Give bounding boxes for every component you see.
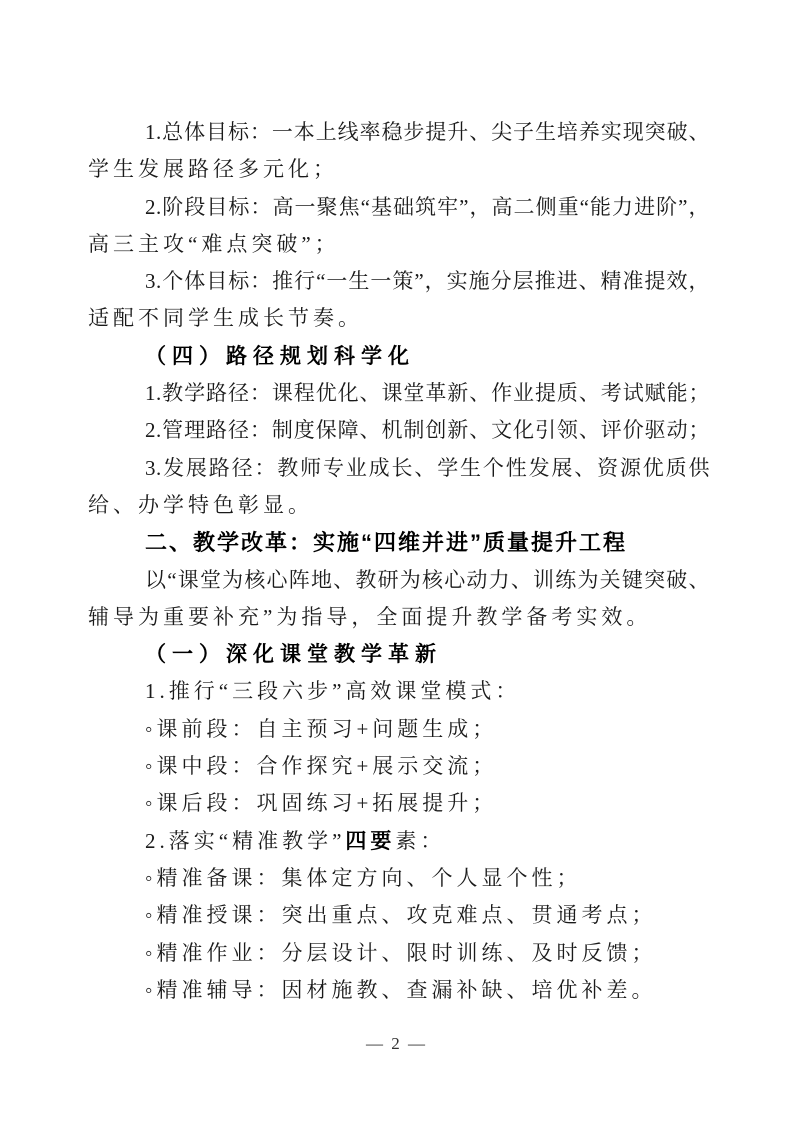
paragraph-line: 1.总体目标：一本上线率稳步提升、尖子生培养实现突破、 [88, 114, 710, 151]
list-item-line: ◦精准作业：分层设计、限时训练、及时反馈； [88, 935, 710, 972]
paragraph-line: 1.推行“三段六步”高效课堂模式： [88, 673, 710, 710]
paragraph-line: 辅导为重要补充”为指导，全面提升教学备考实效。 [88, 599, 710, 636]
paragraph-line: 2.管理路径：制度保障、机制创新、文化引领、评价驱动； [88, 412, 710, 449]
paragraph-line: 给、办学特色彰显。 [88, 487, 710, 524]
paragraph-line: 适配不同学生成长节奏。 [88, 300, 710, 337]
list-item-line: ◦精准授课：突出重点、攻克难点、贯通考点； [88, 897, 710, 934]
emphasized-text: 四要 [345, 830, 395, 853]
paragraph-line: 3.个体目标：推行“一生一策”，实施分层推进、精准提效， [88, 263, 710, 300]
paragraph-text: 素： [395, 829, 445, 853]
subsection-heading: （四）路径规划科学化 [88, 338, 710, 375]
section-heading: 二、教学改革：实施“四维并进”质量提升工程 [88, 524, 710, 561]
page-number: — 2 — [0, 1034, 793, 1054]
paragraph-line: 2.阶段目标：高一聚焦“基础筑牢”，高二侧重“能力进阶”， [88, 189, 710, 226]
list-item-line: ◦课前段：自主预习+问题生成； [88, 711, 710, 748]
subsection-heading: （一）深化课堂教学革新 [88, 636, 710, 673]
list-item-line: ◦课后段：巩固练习+拓展提升； [88, 785, 710, 822]
paragraph-text: 2.落实“精准教学” [145, 829, 345, 853]
paragraph-line: 以“课堂为核心阵地、教研为核心动力、训练为关键突破、 [88, 562, 710, 599]
paragraph-line: 2.落实“精准教学”四要素： [88, 823, 710, 860]
paragraph-line: 1.教学路径：课程优化、课堂革新、作业提质、考试赋能； [88, 375, 710, 412]
list-item-line: ◦精准辅导：因材施教、查漏补缺、培优补差。 [88, 972, 710, 1009]
paragraph-line: 3.发展路径：教师专业成长、学生个性发展、资源优质供 [88, 450, 710, 487]
paragraph-line: 高三主攻“难点突破”； [88, 226, 710, 263]
paragraph-line: 学生发展路径多元化； [88, 151, 710, 188]
list-item-line: ◦精准备课：集体定方向、个人显个性； [88, 860, 710, 897]
document-body: 1.总体目标：一本上线率稳步提升、尖子生培养实现突破、学生发展路径多元化；2.阶… [88, 114, 710, 1009]
list-item-line: ◦课中段：合作探究+展示交流； [88, 748, 710, 785]
document-page: { "document": { "lines": [ { "style": "p… [0, 0, 793, 1122]
